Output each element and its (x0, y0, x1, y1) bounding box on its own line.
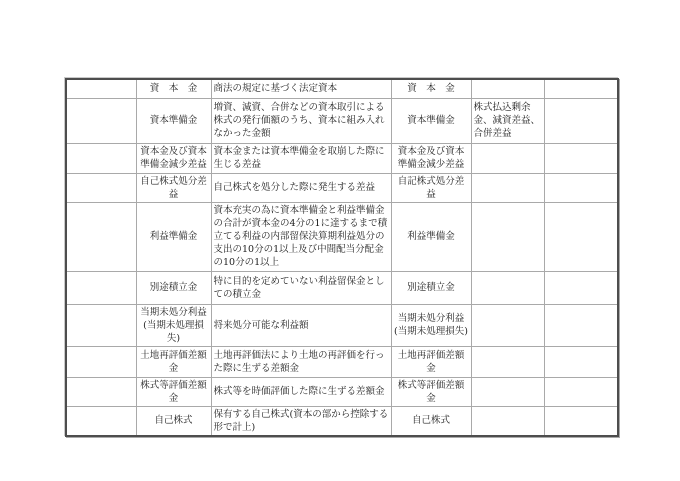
item-cell: 自己株式処分差益 (136, 173, 211, 202)
note-cell (471, 377, 544, 406)
description-cell: 資本充実の為に資本準備金と利益準備金の合計が資本金の4分の1に達するまで積立てる… (211, 202, 391, 271)
category-cell (66, 406, 136, 436)
category-cell (66, 377, 136, 406)
category-cell (66, 173, 136, 202)
item-right-cell: 土地再評価差額金 (391, 346, 471, 377)
table-row: 株式等評価差額金 株式等を時価評価した際に生ずる差額金 株式等評価差額金 (66, 377, 618, 406)
item-right-cell: 資本準備金 (391, 98, 471, 143)
item-right-cell: 当期未処分利益 (当期未処理損失) (391, 304, 471, 346)
note-cell (471, 346, 544, 377)
table-row: 当期未処分利益 (当期未処理損失) 将来処分可能な利益額 当期未処分利益 (当期… (66, 304, 618, 346)
category-cell (66, 79, 136, 98)
item-cell: 自己株式 (136, 406, 211, 436)
item-right-cell: 株式等評価差額金 (391, 377, 471, 406)
table-row: 資 本 金 商法の規定に基づく法定資本 資 本 金 (66, 79, 618, 98)
item-right-cell: 利益準備金 (391, 202, 471, 271)
description-cell: 商法の規定に基づく法定資本 (211, 79, 391, 98)
note-cell: 株式払込剰余金、減資差益、合併差益 (471, 98, 544, 143)
category-cell (66, 346, 136, 377)
document-page: 資 本 金 商法の規定に基づく法定資本 資 本 金 資本準備金 増資、減資、合併… (0, 0, 680, 481)
item-cell: 株式等評価差額金 (136, 377, 211, 406)
extra-cell (544, 271, 618, 304)
category-cell (66, 98, 136, 143)
category-cell (66, 304, 136, 346)
item-right-cell: 自記株式処分差益 (391, 173, 471, 202)
item-cell: 別途積立金 (136, 271, 211, 304)
extra-cell (544, 304, 618, 346)
table-row: 自己株式処分差益 自己株式を処分した際に発生する差益 自記株式処分差益 (66, 173, 618, 202)
extra-cell (544, 346, 618, 377)
description-cell: 保有する自己株式(資本の部から控除する形で計上) (211, 406, 391, 436)
table-row: 別途積立金 特に目的を定めていない利益留保金としての積立金 別途積立金 (66, 271, 618, 304)
note-cell (471, 406, 544, 436)
description-cell: 資本金または資本準備金を取崩した際に生じる差益 (211, 143, 391, 173)
item-right-cell: 別途積立金 (391, 271, 471, 304)
note-cell (471, 271, 544, 304)
table-row: 資本金及び資本 準備金減少差益 資本金または資本準備金を取崩した際に生じる差益 … (66, 143, 618, 173)
item-cell: 利益準備金 (136, 202, 211, 271)
item-right-cell: 資 本 金 (391, 79, 471, 98)
description-cell: 土地再評価法により土地の再評価を行った際に生ずる差額金 (211, 346, 391, 377)
description-cell: 自己株式を処分した際に発生する差益 (211, 173, 391, 202)
extra-cell (544, 98, 618, 143)
table-row: 自己株式 保有する自己株式(資本の部から控除する形で計上) 自己株式 (66, 406, 618, 436)
note-cell (471, 143, 544, 173)
table-row: 資本準備金 増資、減資、合併などの資本取引による株式の発行価額のうち、資本に組み… (66, 98, 618, 143)
item-cell: 資本準備金 (136, 98, 211, 143)
description-cell: 増資、減資、合併などの資本取引による株式の発行価額のうち、資本に組み入れなかった… (211, 98, 391, 143)
note-cell (471, 202, 544, 271)
category-cell (66, 143, 136, 173)
note-cell (471, 79, 544, 98)
item-cell: 当期未処分利益 (当期未処理損失) (136, 304, 211, 346)
category-cell (66, 271, 136, 304)
item-right-cell: 自己株式 (391, 406, 471, 436)
extra-cell (544, 173, 618, 202)
category-cell (66, 202, 136, 271)
description-cell: 株式等を時価評価した際に生ずる差額金 (211, 377, 391, 406)
item-cell: 土地再評価差額金 (136, 346, 211, 377)
extra-cell (544, 377, 618, 406)
item-cell: 資本金及び資本 準備金減少差益 (136, 143, 211, 173)
extra-cell (544, 202, 618, 271)
description-cell: 将来処分可能な利益額 (211, 304, 391, 346)
item-right-cell: 資本金及び資本 準備金減少差益 (391, 143, 471, 173)
table-row: 土地再評価差額金 土地再評価法により土地の再評価を行った際に生ずる差額金 土地再… (66, 346, 618, 377)
note-cell (471, 173, 544, 202)
extra-cell (544, 406, 618, 436)
table-row: 利益準備金 資本充実の為に資本準備金と利益準備金の合計が資本金の4分の1に達する… (66, 202, 618, 271)
extra-cell (544, 143, 618, 173)
item-cell: 資 本 金 (136, 79, 211, 98)
extra-cell (544, 79, 618, 98)
description-cell: 特に目的を定めていない利益留保金としての積立金 (211, 271, 391, 304)
capital-accounts-table: 資 本 金 商法の規定に基づく法定資本 資 本 金 資本準備金 増資、減資、合併… (65, 78, 619, 437)
note-cell (471, 304, 544, 346)
